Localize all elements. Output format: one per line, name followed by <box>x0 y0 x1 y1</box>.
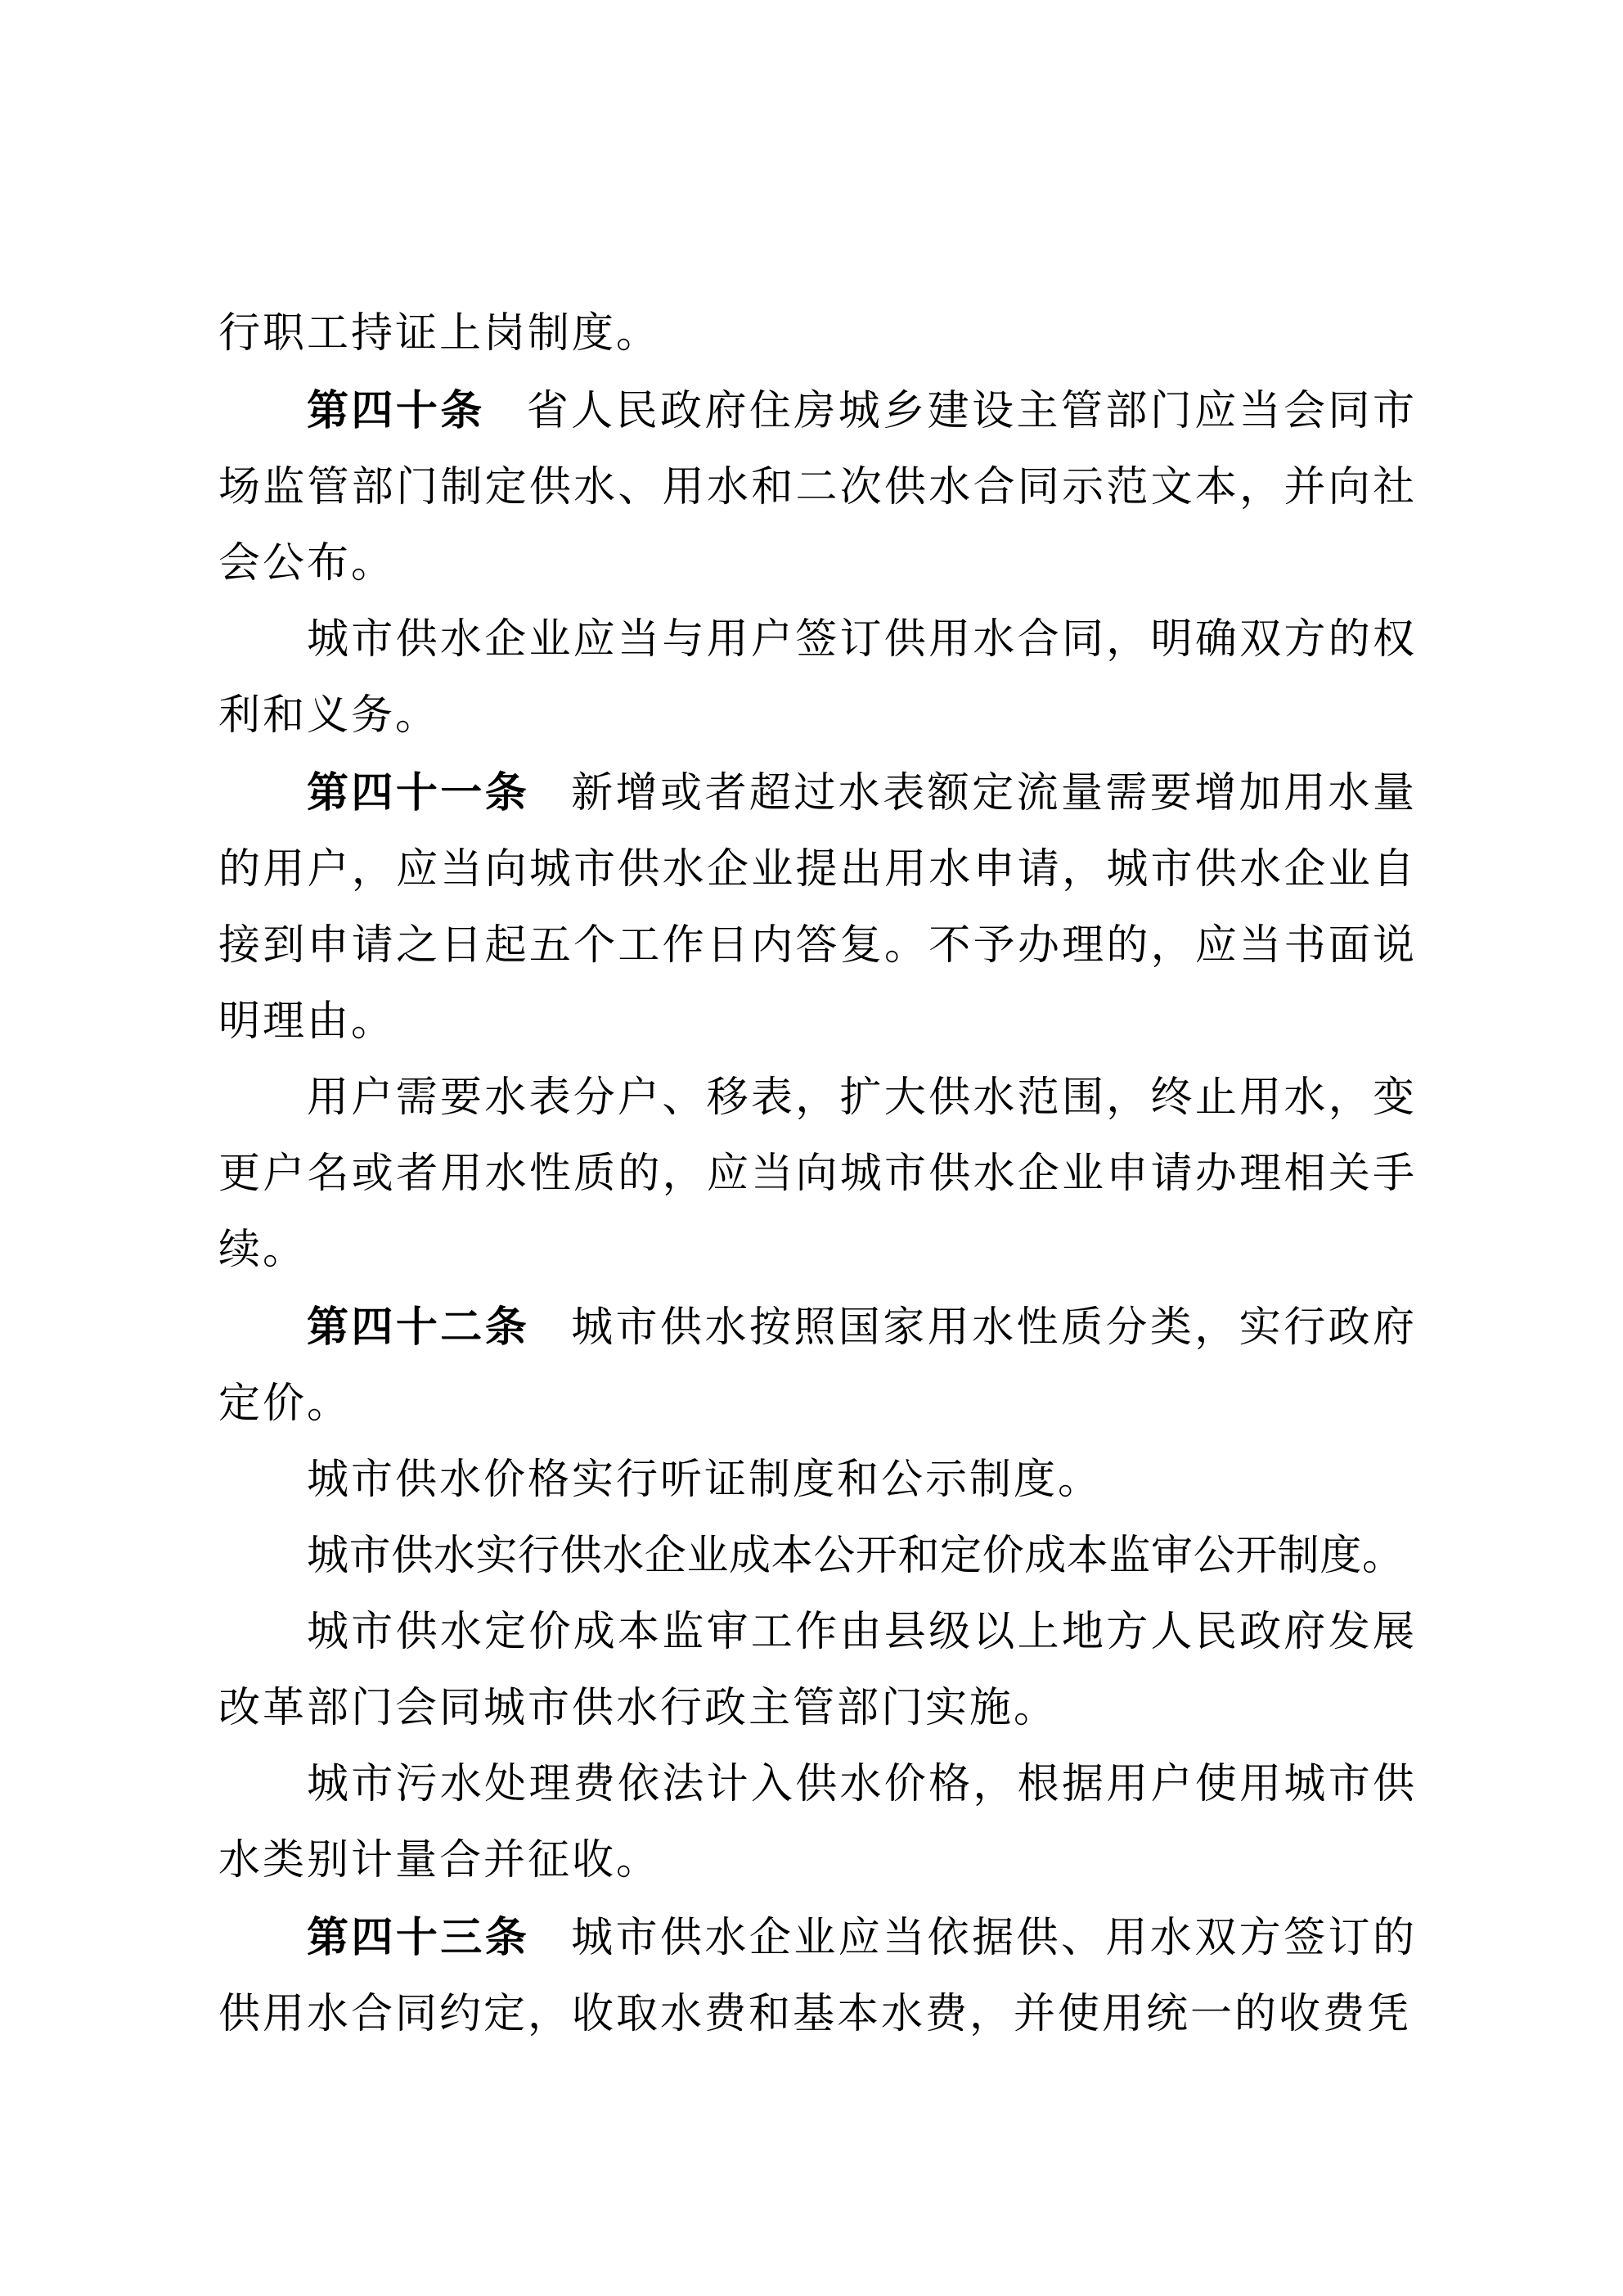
paragraph-text: 城市污水处理费依法计入供水价格，根据用户使用城市供水类别计量合并征收。 <box>218 1762 1417 1884</box>
paragraph-text: 城市供水定价成本监审工作由县级以上地方人民政府发展改革部门会同城市供水行政主管部… <box>218 1609 1417 1731</box>
article-number: 第四十二条 <box>307 1303 529 1350</box>
paragraph: 城市供水实行供水企业成本公开和定价成本监审公开制度。 <box>218 1519 1417 1595</box>
paragraph: 城市供水企业应当与用户签订供用水合同，明确双方的权利和义务。 <box>218 602 1417 754</box>
article-number: 第四十一条 <box>307 769 529 816</box>
paragraph: 用户需要水表分户、移表，扩大供水范围，终止用水，变更户名或者用水性质的，应当向城… <box>218 1060 1417 1289</box>
document-page: 行职工持证上岗制度。 第四十条省人民政府住房城乡建设主管部门应当会同市场监管部门… <box>0 0 1623 2296</box>
article-42-paragraph: 第四十二条城市供水按照国家用水性质分类，实行政府定价。 <box>218 1289 1417 1443</box>
paragraph-continuation: 行职工持证上岗制度。 <box>218 296 1417 372</box>
paragraph: 城市供水价格实行听证制度和公示制度。 <box>218 1443 1417 1519</box>
article-number: 第四十条 <box>307 387 485 434</box>
article-40-paragraph: 第四十条省人民政府住房城乡建设主管部门应当会同市场监管部门制定供水、用水和二次供… <box>218 372 1417 602</box>
paragraph-text: 行职工持证上岗制度。 <box>218 311 660 357</box>
paragraph-text: 城市供水实行供水企业成本公开和定价成本监审公开制度。 <box>307 1533 1405 1579</box>
article-41-paragraph: 第四十一条新增或者超过水表额定流量需要增加用水量的用户，应当向城市供水企业提出用… <box>218 754 1417 1060</box>
paragraph: 城市供水定价成本监审工作由县级以上地方人民政府发展改革部门会同城市供水行政主管部… <box>218 1595 1417 1747</box>
article-43-paragraph: 第四十三条城市供水企业应当依据供、用水双方签订的供用水合同约定，收取水费和基本水… <box>218 1899 1417 2053</box>
paragraph-text: 城市供水企业应当与用户签订供用水合同，明确双方的权利和义务。 <box>218 617 1417 739</box>
article-number: 第四十三条 <box>307 1914 529 1961</box>
paragraph: 城市污水处理费依法计入供水价格，根据用户使用城市供水类别计量合并征收。 <box>218 1747 1417 1899</box>
document-text-column: 行职工持证上岗制度。 第四十条省人民政府住房城乡建设主管部门应当会同市场监管部门… <box>218 296 1417 2053</box>
paragraph-text: 城市供水价格实行听证制度和公示制度。 <box>307 1457 1102 1503</box>
paragraph-text: 用户需要水表分户、移表，扩大供水范围，终止用水，变更户名或者用水性质的，应当向城… <box>218 1075 1417 1273</box>
